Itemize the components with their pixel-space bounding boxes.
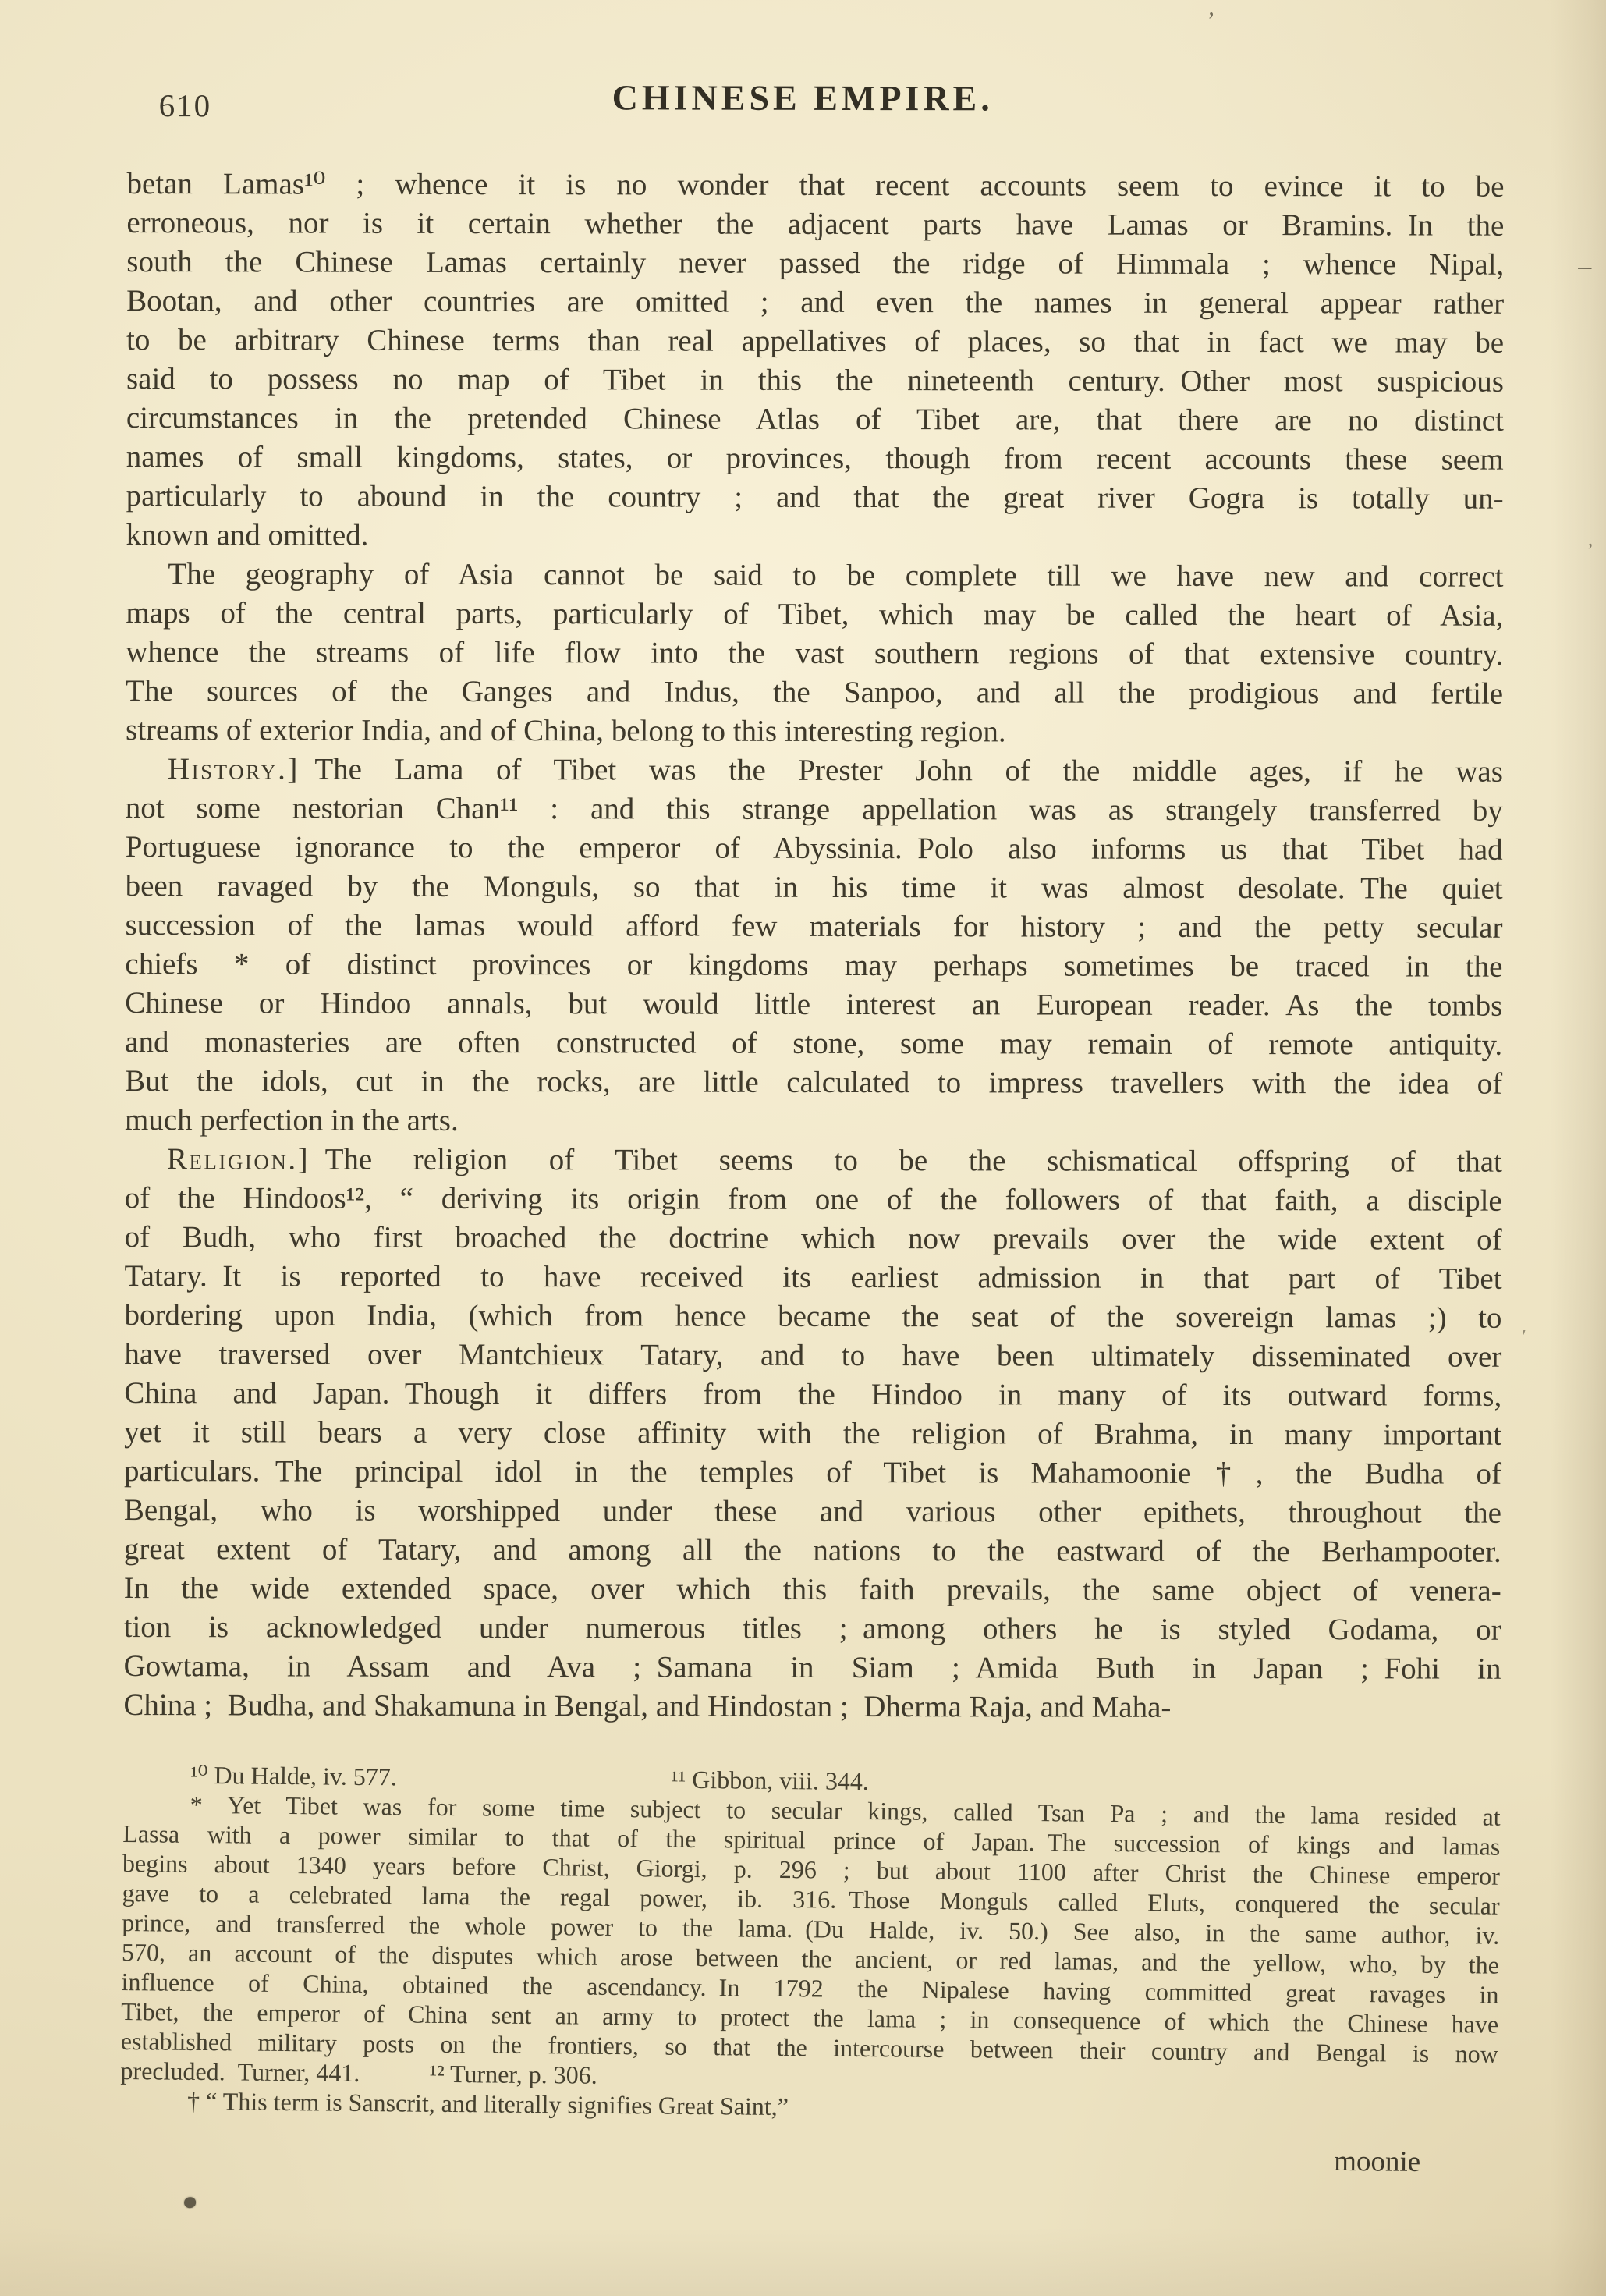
text-line: Portuguese ignorance to the emperor of A… bbox=[126, 828, 1503, 870]
text-line: chiefs * of distinct provinces or kingdo… bbox=[125, 945, 1502, 987]
text-line: said to possess no map of Tibet in this … bbox=[126, 360, 1504, 402]
text-line: known and omitted. bbox=[126, 516, 1504, 558]
text-line: Bootan, and other countries are omitted … bbox=[126, 282, 1504, 324]
text-line: have traversed over Mantchieux Tatary, a… bbox=[124, 1335, 1501, 1377]
text-line: But the idols, cut in the rocks, are lit… bbox=[125, 1062, 1502, 1104]
text-line: The geography of Asia cannot be said to … bbox=[126, 555, 1503, 597]
text-line: Tatary. It is reported to have received … bbox=[125, 1257, 1502, 1299]
text-line: not some nestorian Chan¹¹ : and this str… bbox=[126, 789, 1503, 831]
scan-artifact-tick: ′ bbox=[1522, 1327, 1526, 1348]
text-line: yet it still bears a very close affinity… bbox=[124, 1413, 1501, 1455]
text-line: China and Japan. Though it differs from … bbox=[124, 1374, 1501, 1416]
text-line: In the wide extended space, over which t… bbox=[124, 1569, 1501, 1611]
section-heading: History.] bbox=[168, 752, 300, 786]
footnote-ref-11: ¹¹ Gibbon, viii. 344. bbox=[671, 1765, 869, 1796]
text-line: China ; Budha, and Shakamuna in Bengal, … bbox=[123, 1686, 1501, 1728]
text-line: great extent of Tatary, and among all th… bbox=[124, 1530, 1501, 1572]
footnotes: ¹⁰ Du Halde, iv. 577. ¹¹ Gibbon, viii. 3… bbox=[120, 1759, 1501, 2128]
text-line: whence the streams of life flow into the… bbox=[126, 633, 1503, 675]
text-line: erroneous, nor is it certain whether the… bbox=[126, 204, 1504, 246]
running-title: CHINESE EMPIRE. bbox=[0, 76, 1606, 120]
text-line: Bengal, who is worshipped under these an… bbox=[124, 1491, 1501, 1533]
running-head: 610 CHINESE EMPIRE. bbox=[0, 76, 1606, 133]
text-line: maps of the central parts, particularly … bbox=[126, 594, 1503, 636]
text-line: circumstances in the pretended Chinese A… bbox=[126, 399, 1504, 441]
footnote-star-end: precluded. Turner, 441. bbox=[120, 2056, 360, 2087]
footnote-ref-12: ¹² Turner, p. 306. bbox=[429, 2059, 597, 2090]
text-line: to be arbitrary Chinese terms than real … bbox=[126, 321, 1504, 363]
text-line: of Budh, who first broached the doctrine… bbox=[125, 1218, 1502, 1260]
text-line: Gowtama, in Assam and Ava ; Samana in Si… bbox=[123, 1647, 1501, 1689]
book-page: 610 CHINESE EMPIRE. betan Lamas¹⁰ ; when… bbox=[0, 0, 1606, 2296]
text-line: The sources of the Ganges and Indus, the… bbox=[126, 672, 1503, 714]
text-line: much perfection in the arts. bbox=[125, 1101, 1502, 1143]
page-content: 610 CHINESE EMPIRE. betan Lamas¹⁰ ; when… bbox=[0, 0, 1606, 2296]
section-heading: Religion.] bbox=[167, 1142, 310, 1176]
scan-artifact-mark: ’ bbox=[1207, 8, 1215, 34]
text-line: succession of the lamas would afford few… bbox=[125, 906, 1502, 948]
ink-spot bbox=[184, 2197, 196, 2208]
text-line: particularly to abound in the country ; … bbox=[126, 477, 1504, 519]
text-line: bordering upon India, (which from hence … bbox=[124, 1296, 1501, 1338]
footnote-star-body: * Yet Tibet was for some time subject to… bbox=[121, 1789, 1501, 2069]
text-line: particulars. The principal idol in the t… bbox=[124, 1452, 1501, 1494]
text-line: and monasteries are often constructed of… bbox=[125, 1023, 1502, 1065]
scan-artifact-dash: – bbox=[1578, 252, 1591, 282]
page-number: 610 bbox=[159, 87, 212, 124]
text-line: names of small kingdoms, states, or prov… bbox=[126, 438, 1504, 480]
text-line: betan Lamas¹⁰ ; whence it is no wonder t… bbox=[126, 165, 1504, 207]
text-line: been ravaged by the Monguls, so that in … bbox=[126, 867, 1503, 909]
text-line: History.] The Lama of Tibet was the Pres… bbox=[126, 750, 1503, 792]
text-line: tion is acknowledged under numerous titl… bbox=[124, 1608, 1501, 1650]
catchword: moonie bbox=[1334, 2145, 1420, 2179]
scan-artifact-tick: ’ bbox=[1587, 539, 1594, 562]
text-line: streams of exterior India, and of China,… bbox=[126, 711, 1503, 753]
text-line: south the Chinese Lamas certainly never … bbox=[126, 243, 1504, 285]
text-line: Chinese or Hindoo annals, but would litt… bbox=[125, 984, 1502, 1026]
text-line: Religion.] The religion of Tibet seems t… bbox=[125, 1140, 1502, 1182]
page-body: betan Lamas¹⁰ ; whence it is no wonder t… bbox=[123, 165, 1504, 1728]
footnote-ref-10: ¹⁰ Du Halde, iv. 577. bbox=[190, 1761, 397, 1790]
text-line: of the Hindoos¹², “ deriving its origin … bbox=[125, 1179, 1502, 1221]
